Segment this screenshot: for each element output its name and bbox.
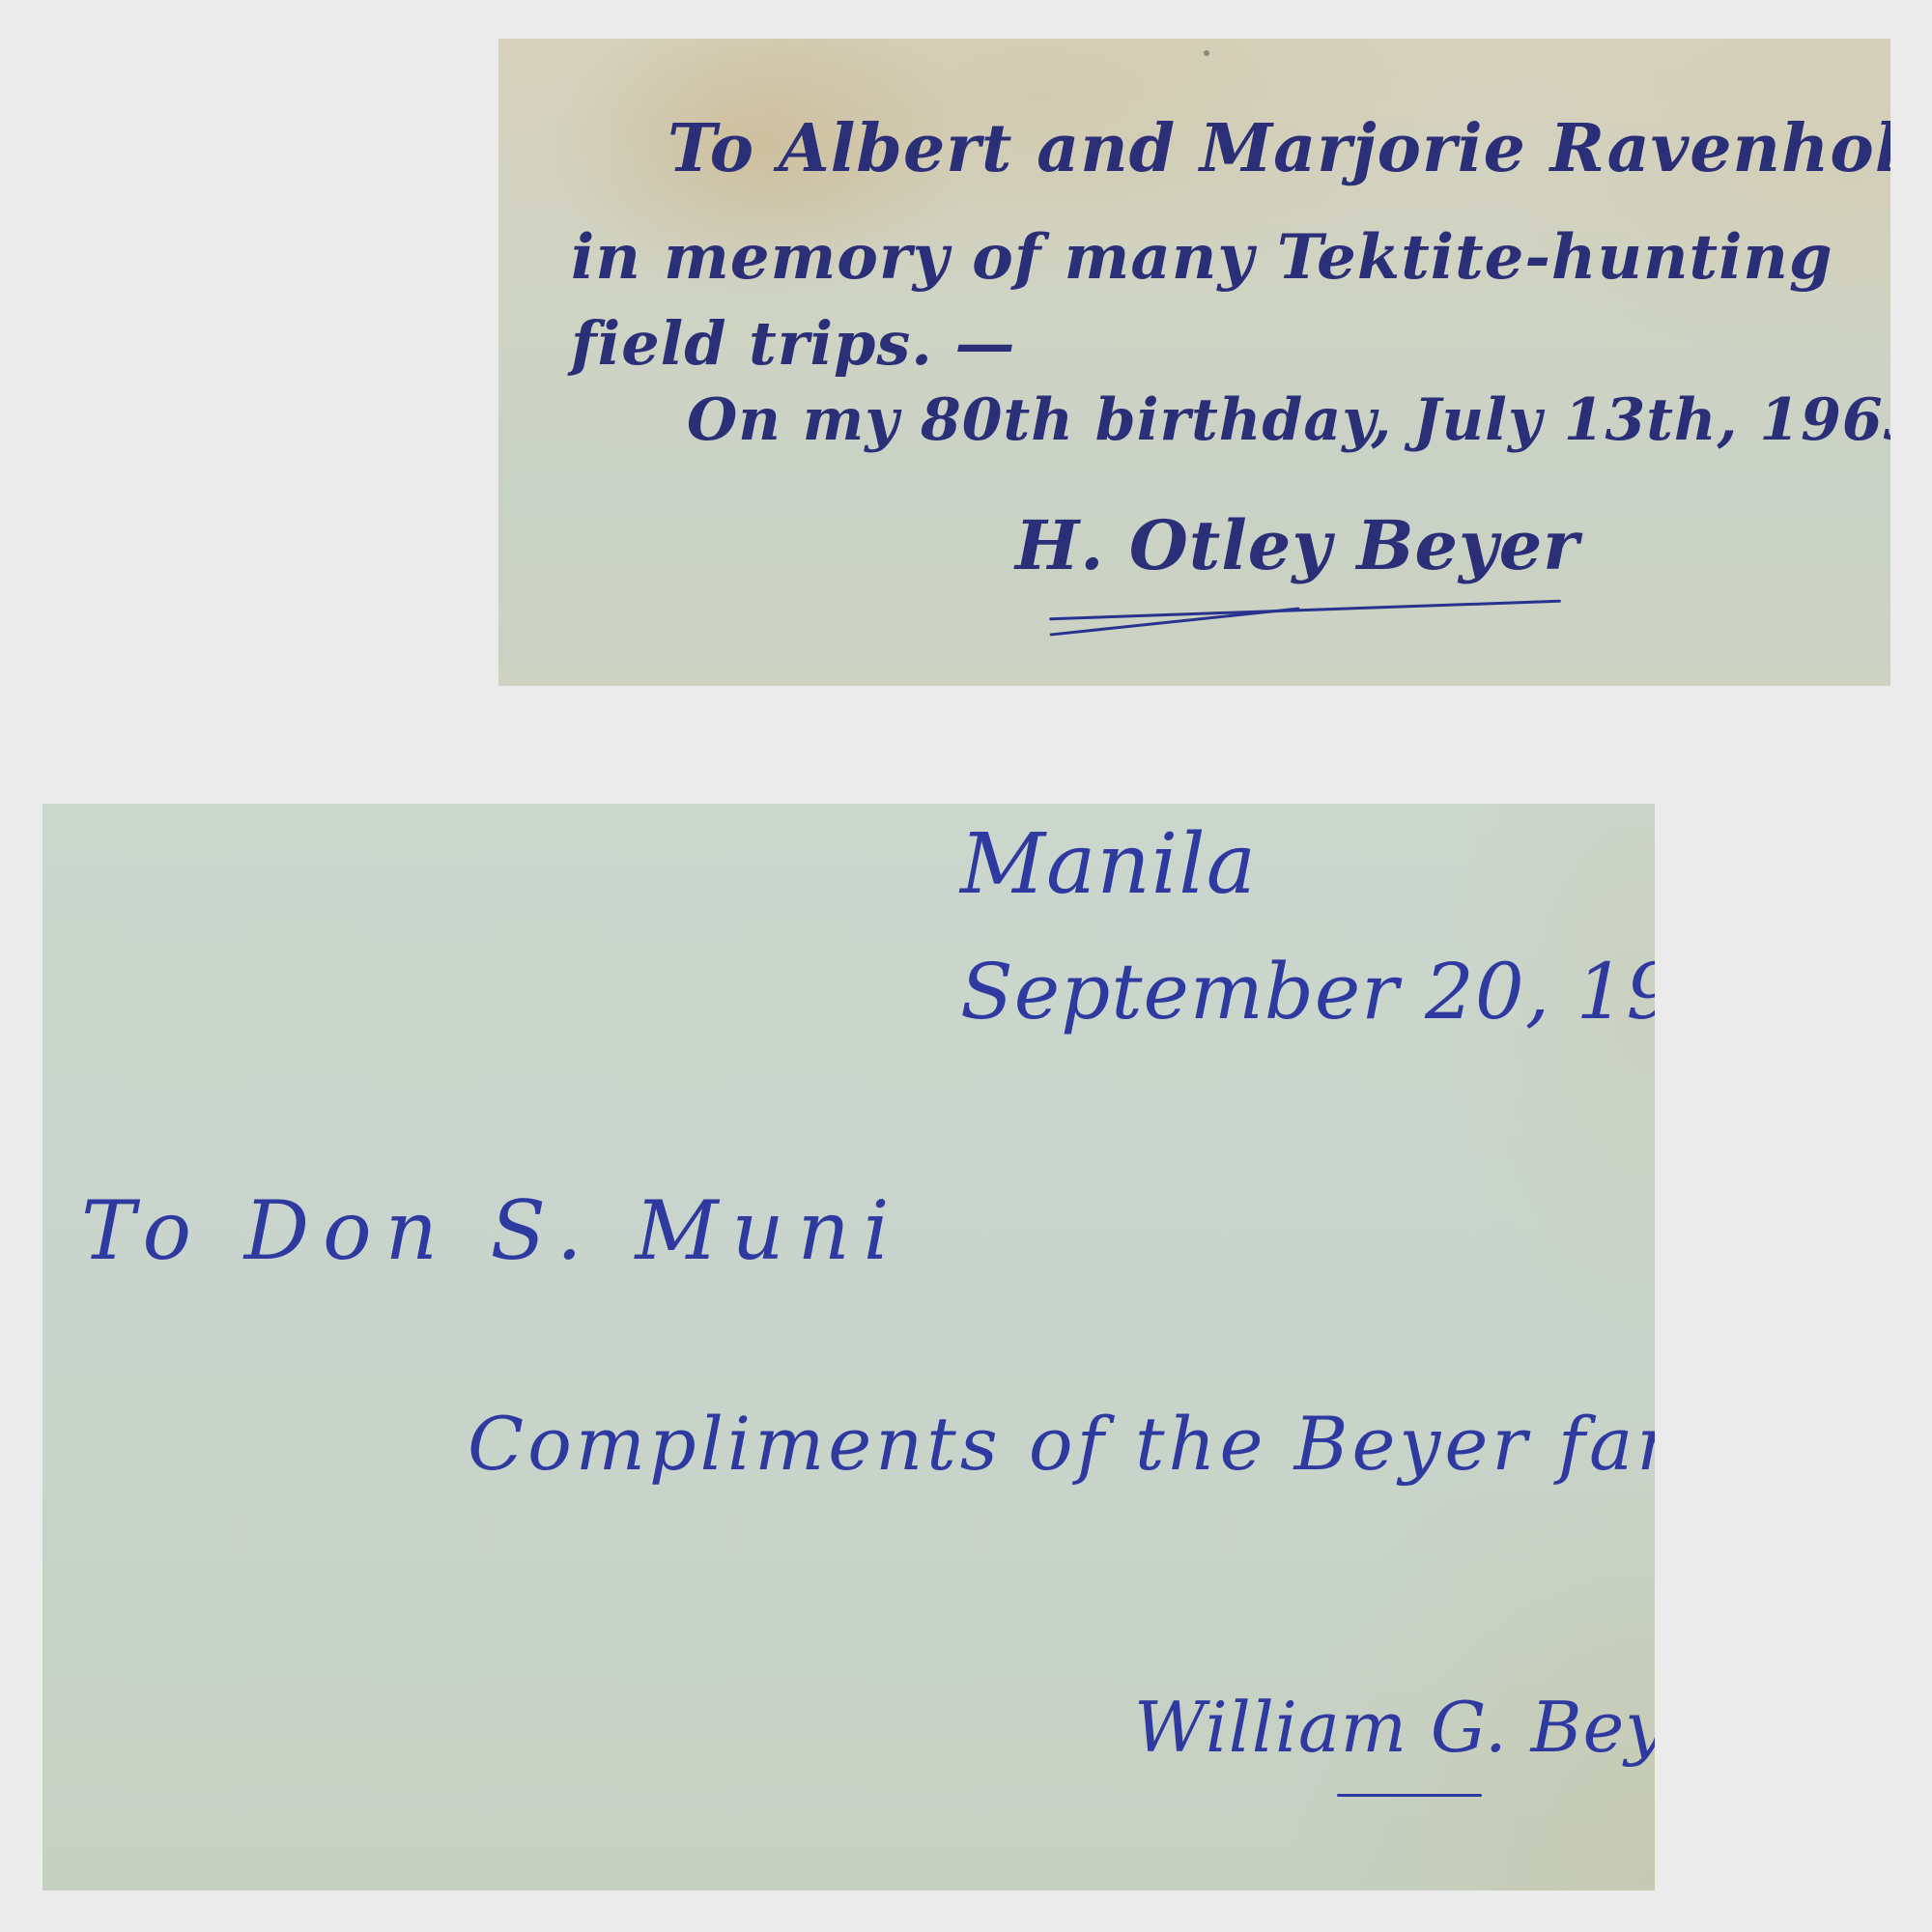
signature-h-otley-beyer: H. Otley Beyer (1015, 512, 1579, 580)
recipient-line: To Don S. Muni (81, 1190, 903, 1271)
inscription-line-1: To Albert and Marjorie Ravenholt, (668, 116, 1890, 182)
top-inscription-card: To Albert and Marjorie Ravenholt, in mem… (498, 39, 1890, 686)
inscription-line-3: field trips. — (571, 314, 1015, 374)
signature-underline (1049, 600, 1561, 620)
date-september-20-1966: September 20, 1966 (960, 953, 1655, 1031)
inscription-line-4: On my 80th birthday, July 13th, 1963. (687, 391, 1890, 449)
compliments-line: Compliments of the Beyer family – (468, 1407, 1655, 1481)
paper-speck (1204, 50, 1209, 56)
signature-flourish (1050, 607, 1300, 636)
signature-william-g-beyer: William G. Beyer (1134, 1692, 1655, 1762)
bottom-inscription-card: Manila September 20, 1966 To Don S. Muni… (43, 804, 1655, 1890)
place-manila: Manila (960, 823, 1257, 906)
inscription-line-2: in memory of many Tektite-hunting (571, 227, 1833, 289)
photo-collage: To Albert and Marjorie Ravenholt, in mem… (0, 0, 1932, 1932)
signature-underline (1337, 1794, 1482, 1797)
